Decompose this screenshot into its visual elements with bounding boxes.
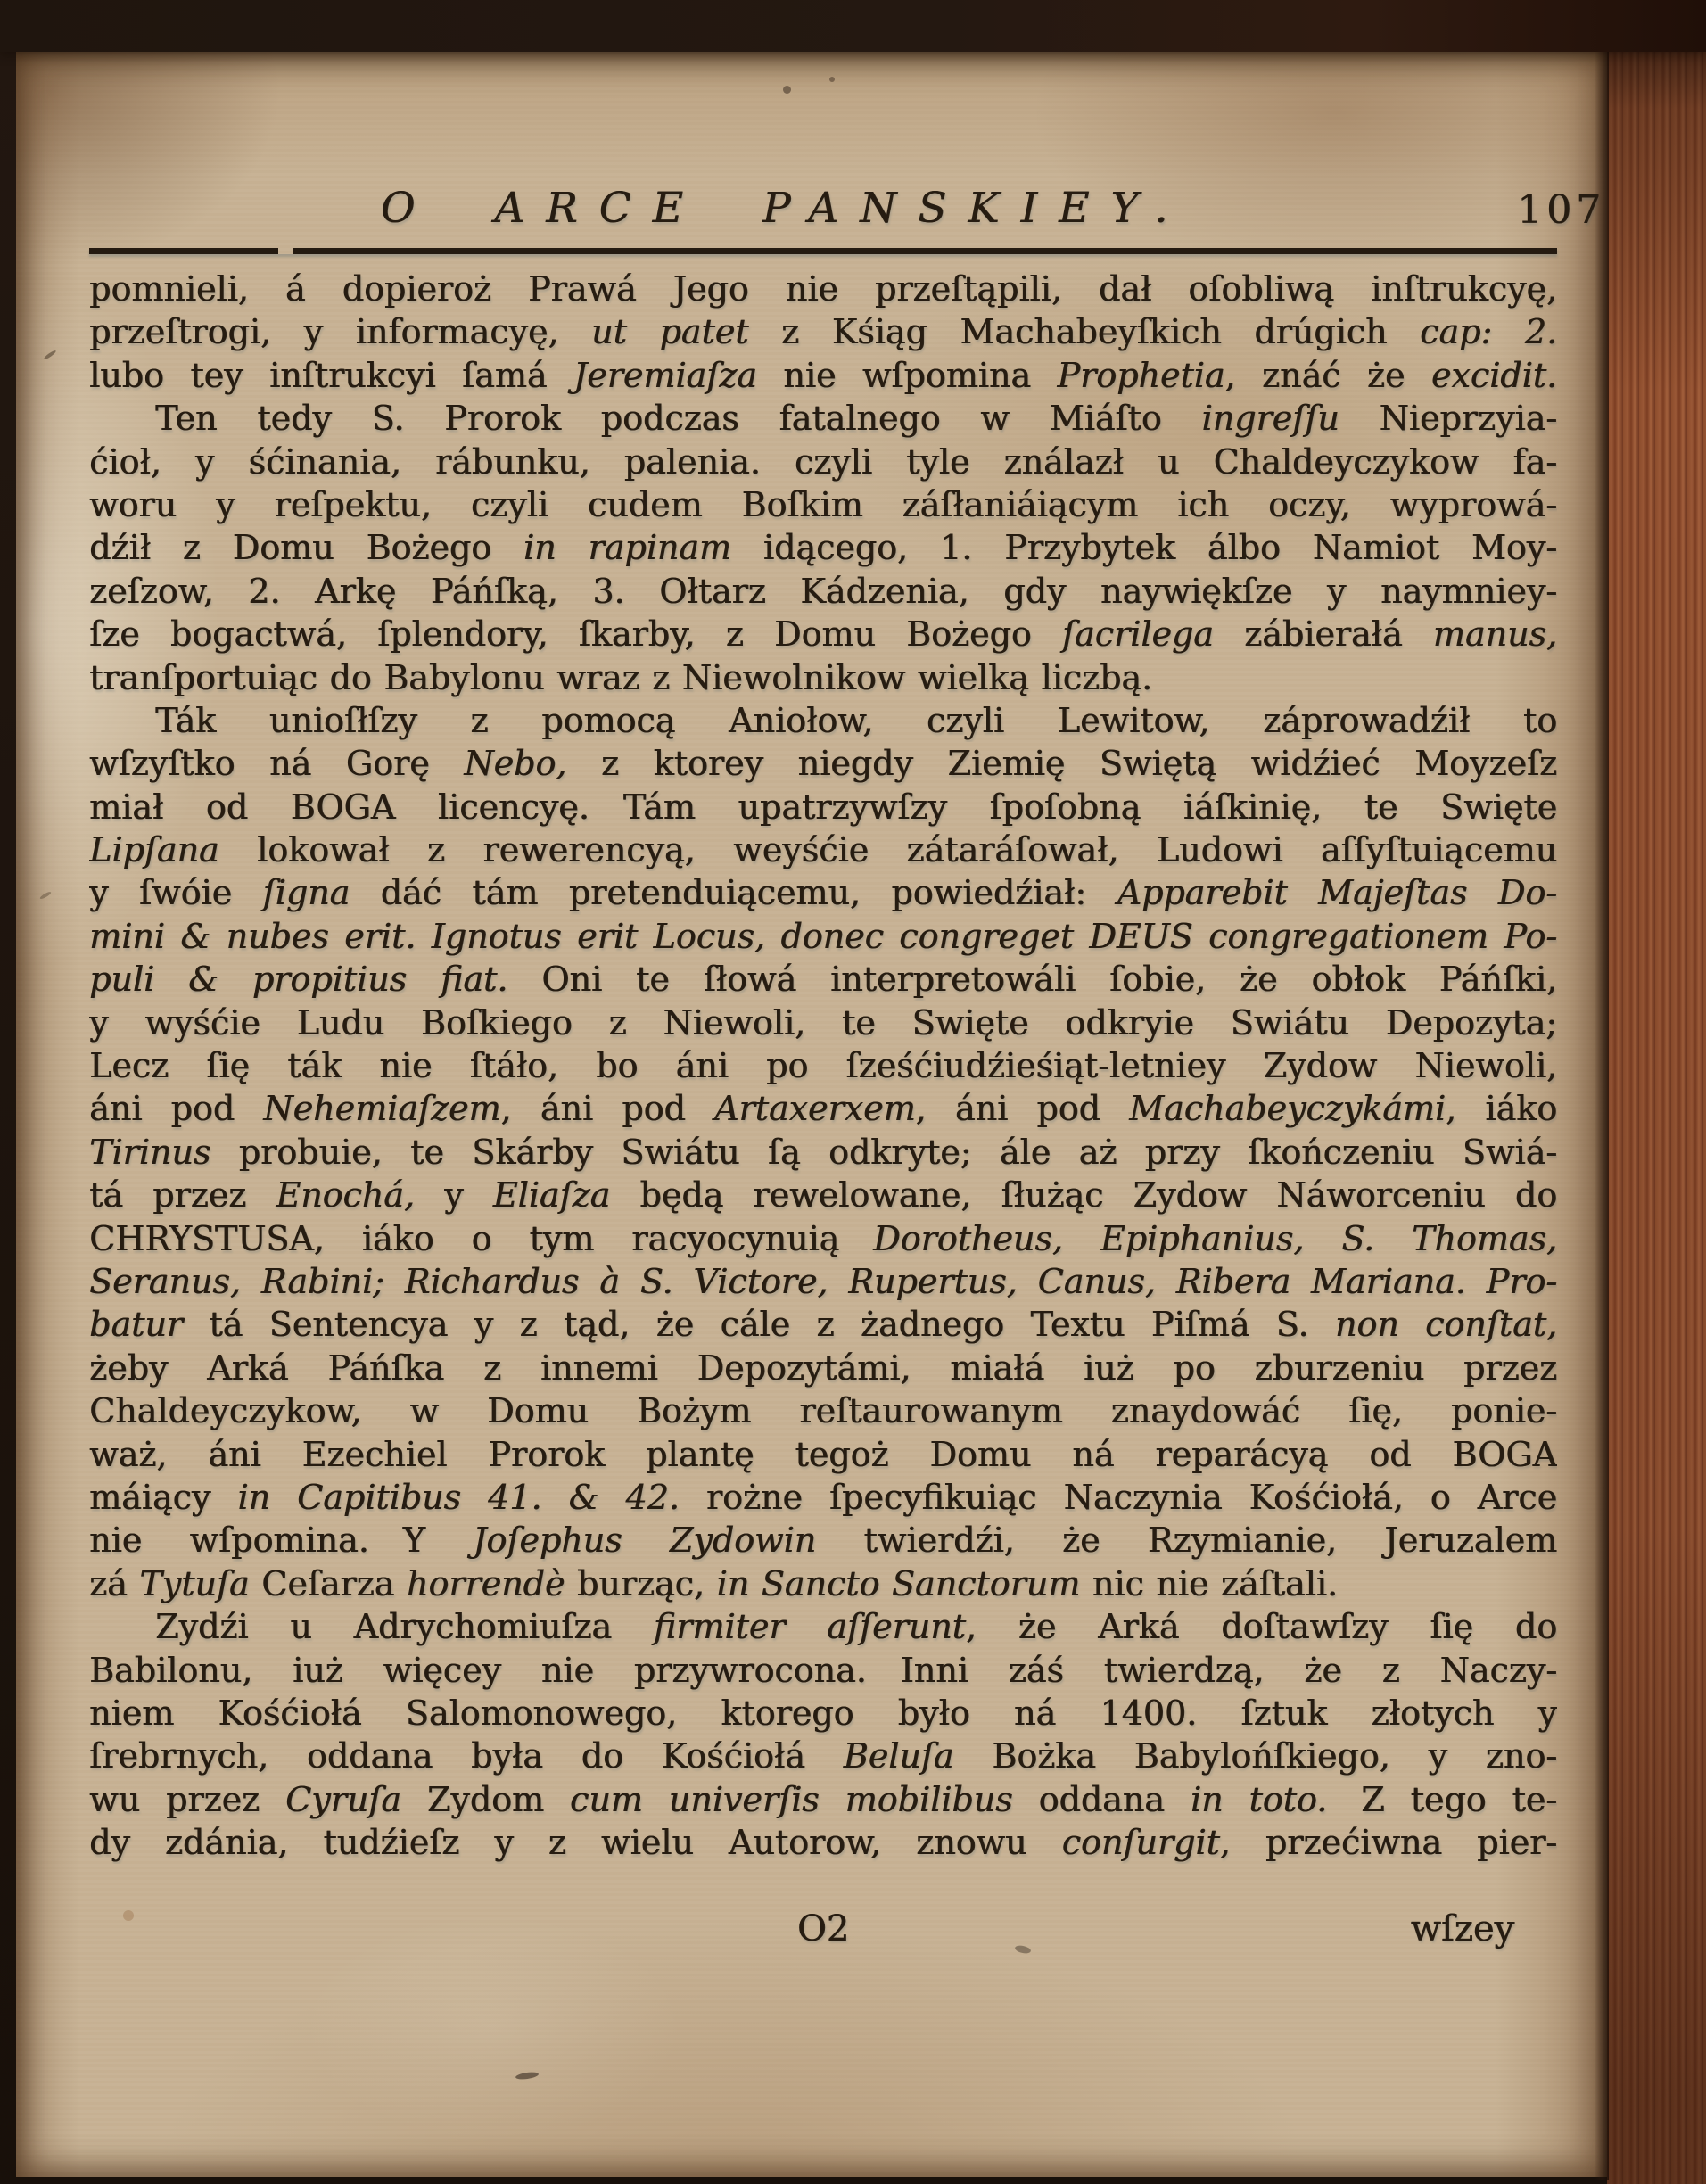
- margin-mark-stain: [39, 891, 52, 900]
- text-segment: tá Sentencya y z tąd, że cále z żadnego …: [183, 1305, 1335, 1344]
- latin-italic-segment: in Capitibus 41. & 42.: [237, 1478, 679, 1517]
- text-line: przeſtrogi, y informacyę, ut patet z Kśi…: [89, 310, 1557, 353]
- text-line: lubo tey inſtrukcyi ſamá Jeremiaſza nie …: [89, 354, 1557, 397]
- page-edge-seam: [1595, 48, 1609, 2180]
- text-line: Lecz ſię ták nie ſtáło, bo áni po ſześći…: [89, 1044, 1557, 1087]
- latin-italic-segment: Beluſa: [844, 1736, 954, 1776]
- text-line: Chaldeyczykow, w Domu Bożym reſtaurowany…: [89, 1389, 1557, 1432]
- text-line: Lipſana lokował z rewerencyą, weyśćie zá…: [89, 828, 1557, 871]
- text-segment: niem Kośćiołá Salomonowego, ktorego było…: [89, 1694, 1557, 1733]
- text-segment: Ten tedy S. Prorok podczas fatalnego w M…: [155, 399, 1201, 438]
- latin-italic-segment: Joſephus Zydowin: [473, 1521, 816, 1560]
- text-segment: Ták unioſłſzy z pomocą Aniołow, czyli Le…: [155, 701, 1557, 740]
- text-segment: Chaldeyczykow, w Domu Bożym reſtaurowany…: [89, 1391, 1557, 1430]
- text-line: Ták unioſłſzy z pomocą Aniołow, czyli Le…: [89, 699, 1557, 742]
- text-line: zá Tytuſa Ceſarza horrendè burząc, in Sa…: [89, 1562, 1557, 1605]
- latin-italic-segment: horrendè: [407, 1564, 565, 1603]
- text-segment: oddana: [1013, 1780, 1191, 1819]
- footer-line: O2 wſzey: [89, 1908, 1557, 1955]
- text-segment: burząc,: [565, 1564, 716, 1603]
- text-segment: áni pod: [89, 1089, 263, 1128]
- text-line: y ſwóie ſigna dáć tám pretenduiącemu, po…: [89, 871, 1557, 914]
- text-segment: , przećiwna pier-: [1220, 1823, 1557, 1862]
- text-line: Tirinus probuie, te Skárby Swiátu ſą odk…: [89, 1131, 1557, 1174]
- text-segment: Nieprzyia-: [1339, 399, 1557, 438]
- text-line: puli & propitius fiat. Oni te ſłowá inte…: [89, 958, 1557, 1001]
- text-segment: Zydom: [401, 1780, 570, 1819]
- latin-italic-segment: batur: [89, 1305, 183, 1344]
- text-line: Ten tedy S. Prorok podczas fatalnego w M…: [89, 397, 1557, 440]
- text-segment: waż, áni Ezechiel Prorok plantę tegoż Do…: [89, 1435, 1557, 1474]
- latin-italic-segment: ſacrilega: [1062, 614, 1214, 654]
- book-fore-edge: [1607, 0, 1706, 2184]
- text-line: pomnieli, á dopieroż Prawá Jego nie prze…: [89, 268, 1557, 310]
- foxing-spot-stain: [123, 1910, 134, 1921]
- text-segment: tá przez: [89, 1175, 276, 1215]
- text-segment: rożne ſpecyfikuiąc Naczynia Kośćiołá, o …: [680, 1478, 1557, 1517]
- latin-italic-segment: non conſtat,: [1335, 1305, 1557, 1344]
- latin-italic-segment: firmiter aſſerunt: [654, 1607, 966, 1646]
- text-segment: ſze bogactwá, ſplendory, ſkarby, z Domu …: [89, 614, 1062, 654]
- latin-italic-segment: ingreſſu: [1201, 399, 1339, 438]
- latin-italic-segment: Nebo,: [464, 744, 566, 783]
- page-paper: O ARCE PANSKIEY. 107 pomnieli, á dopiero…: [16, 48, 1607, 2177]
- latin-italic-segment: Enochá,: [276, 1175, 415, 1215]
- text-segment: dźił z Domu Bożego: [89, 528, 523, 567]
- text-segment: twierdźi, że Rzymianie, Jeruzalem: [816, 1521, 1557, 1560]
- text-line: CHRYSTUSA, iáko o tym racyocynuią Doroth…: [89, 1217, 1557, 1260]
- text-segment: z ktorey niegdy Ziemię Swiętą widźieć Mo…: [566, 744, 1557, 783]
- scan-background: O ARCE PANSKIEY. 107 pomnieli, á dopiero…: [0, 0, 1706, 2184]
- running-head-title: O ARCE PANSKIEY.: [89, 184, 1480, 233]
- text-segment: Lecz ſię ták nie ſtáło, bo áni po ſześći…: [89, 1046, 1557, 1085]
- text-segment: dáć tám pretenduiącemu, powiedźiał:: [350, 873, 1117, 912]
- text-line: ćioł, y śćinania, rábunku, palenia. czyl…: [89, 441, 1557, 483]
- latin-italic-segment: in Sancto Sanctorum: [716, 1564, 1080, 1603]
- text-line: dy zdánia, tudźieſz y z wielu Autorow, z…: [89, 1821, 1557, 1864]
- latin-italic-segment: Prophetia: [1057, 356, 1224, 395]
- text-line: tranſportuiąc do Babylonu wraz z Niewoln…: [89, 656, 1557, 699]
- text-block: pomnieli, á dopieroż Prawá Jego nie prze…: [89, 268, 1557, 1864]
- latin-italic-segment: Tytuſa: [139, 1564, 249, 1603]
- text-segment: lubo tey inſtrukcyi ſamá: [89, 356, 573, 395]
- text-segment: dy zdánia, tudźieſz y z wielu Autorow, z…: [89, 1823, 1062, 1862]
- signature-mark: O2: [89, 1908, 1557, 1949]
- text-segment: probuie, te Skárby Swiátu ſą odkryte; ál…: [210, 1133, 1557, 1172]
- text-line: żeby Arká Páńſka z innemi Depozytámi, mi…: [89, 1347, 1557, 1389]
- text-line: waż, áni Ezechiel Prorok plantę tegoż Do…: [89, 1433, 1557, 1476]
- text-segment: Zydźi u Adrychomiuſza: [155, 1607, 654, 1646]
- text-segment: miał od BOGA licencyę. Tám upatrzywſzy ſ…: [89, 787, 1557, 827]
- text-segment: żeby Arká Páńſka z innemi Depozytámi, mi…: [89, 1348, 1557, 1388]
- latin-italic-segment: Seranus, Rabini; Richardus à S. Victore,…: [89, 1262, 1557, 1301]
- latin-italic-segment: puli & propitius fiat.: [89, 960, 507, 999]
- text-line: wu przez Cyruſa Zydom cum univerſis mobi…: [89, 1778, 1557, 1821]
- text-segment: zá: [89, 1564, 139, 1603]
- text-line: ſze bogactwá, ſplendory, ſkarby, z Domu …: [89, 613, 1557, 655]
- text-segment: przeſtrogi, y informacyę,: [89, 312, 591, 351]
- text-line: tá przez Enochá, y Eliaſza będą rewelowa…: [89, 1174, 1557, 1216]
- catchword: wſzey: [1411, 1908, 1514, 1949]
- text-line: máiący in Capitibus 41. & 42. rożne ſpec…: [89, 1476, 1557, 1519]
- text-segment: nie wſpomina: [757, 356, 1058, 395]
- text-line: mini & nubes erit. Ignotus erit Locus, d…: [89, 915, 1557, 958]
- paper-speck-stain: [783, 86, 791, 94]
- header-rule: [89, 248, 1557, 254]
- ink-smudge-stain: [515, 2071, 540, 2081]
- latin-italic-segment: Machabeyczykámi: [1129, 1089, 1446, 1128]
- book-top-edge: [0, 0, 1706, 52]
- text-line: miał od BOGA licencyę. Tám upatrzywſzy ſ…: [89, 786, 1557, 828]
- latin-italic-segment: excidit.: [1431, 356, 1557, 395]
- text-line: dźił z Domu Bożego in rapinam idącego, 1…: [89, 526, 1557, 569]
- text-segment: Z tego te-: [1327, 1780, 1557, 1819]
- text-line: Zydźi u Adrychomiuſza firmiter aſſerunt,…: [89, 1605, 1557, 1648]
- latin-italic-segment: Lipſana: [89, 830, 219, 869]
- text-segment: zeſzow, 2. Arkę Páńſką, 3. Ołtarz Kádzen…: [89, 572, 1557, 611]
- text-segment: ćioł, y śćinania, rábunku, palenia. czyl…: [89, 442, 1557, 482]
- text-segment: woru y reſpektu, czyli cudem Boſkim záſł…: [89, 485, 1557, 524]
- text-segment: lokował z rewerencyą, weyśćie zátaráſowa…: [219, 830, 1557, 869]
- text-line: nie wſpomina. Y Joſephus Zydowin twierdź…: [89, 1519, 1557, 1562]
- text-segment: nic nie záſtali.: [1080, 1564, 1338, 1603]
- text-line: áni pod Nehemiaſzem, áni pod Artaxerxem,…: [89, 1087, 1557, 1130]
- text-segment: CHRYSTUSA, iáko o tym racyocynuią: [89, 1219, 873, 1258]
- latin-italic-segment: in rapinam: [523, 528, 731, 567]
- text-segment: , znáć że: [1224, 356, 1430, 395]
- text-segment: idącego, 1. Przybytek álbo Namiot Moy-: [731, 528, 1557, 567]
- text-segment: Babilonu, iuż więcey nie przywrocona. In…: [89, 1651, 1557, 1690]
- latin-italic-segment: Jeremiaſza: [573, 356, 757, 395]
- paper-speck-stain: [829, 77, 835, 82]
- text-segment: máiący: [89, 1478, 237, 1517]
- margin-mark-stain: [43, 350, 56, 360]
- latin-italic-segment: Apparebit Majeſtas Do-: [1117, 873, 1557, 912]
- text-segment: wſzyſtko ná Gorę: [89, 744, 464, 783]
- text-segment: pomnieli, á dopieroż Prawá Jego nie prze…: [89, 269, 1557, 309]
- text-segment: Bożka Babylońſkiego, y zno-: [953, 1736, 1557, 1776]
- text-segment: z Kśiąg Machabeyſkich drúgich: [748, 312, 1420, 351]
- latin-italic-segment: ut patet: [591, 312, 748, 351]
- latin-italic-segment: in toto.: [1191, 1780, 1327, 1819]
- latin-italic-segment: Artaxerxem: [714, 1089, 916, 1128]
- text-segment: będą rewelowane, ſłużąc Zydow Náworceniu…: [610, 1175, 1557, 1215]
- text-segment: ſrebrnych, oddana była do Kośćiołá: [89, 1736, 844, 1776]
- latin-italic-segment: cap: 2.: [1420, 312, 1557, 351]
- text-segment: tranſportuiąc do Babylonu wraz z Niewoln…: [89, 658, 1152, 697]
- text-line: batur tá Sentencya y z tąd, że cále z ża…: [89, 1303, 1557, 1346]
- latin-italic-segment: Nehemiaſzem: [263, 1089, 500, 1128]
- text-line: wſzyſtko ná Gorę Nebo, z ktorey niegdy Z…: [89, 742, 1557, 785]
- text-line: ſrebrnych, oddana była do Kośćiołá Beluſ…: [89, 1735, 1557, 1777]
- latin-italic-segment: mini & nubes erit. Ignotus erit Locus, d…: [89, 917, 1557, 956]
- page-number: 107: [1517, 187, 1605, 233]
- text-segment: y wyśćie Ludu Boſkiego z Niewoli, te Swi…: [89, 1003, 1557, 1043]
- text-segment: , áni pod: [500, 1089, 714, 1128]
- text-line: zeſzow, 2. Arkę Páńſką, 3. Ołtarz Kádzen…: [89, 570, 1557, 613]
- latin-italic-segment: conſurgit: [1062, 1823, 1220, 1862]
- latin-italic-segment: Tirinus: [89, 1133, 210, 1172]
- text-line: Seranus, Rabini; Richardus à S. Victore,…: [89, 1260, 1557, 1303]
- latin-italic-segment: manus,: [1433, 614, 1557, 654]
- latin-italic-segment: Dorotheus, Epiphanius, S. Thomas,: [873, 1219, 1557, 1258]
- text-line: woru y reſpektu, czyli cudem Boſkim záſł…: [89, 483, 1557, 526]
- text-segment: , że Arká doſtawſzy ſię do: [966, 1607, 1557, 1646]
- text-line: Babilonu, iuż więcey nie przywrocona. In…: [89, 1649, 1557, 1692]
- text-segment: Ceſarza: [250, 1564, 407, 1603]
- latin-italic-segment: ſigna: [262, 873, 350, 912]
- text-segment: zábierałá: [1214, 614, 1433, 654]
- text-segment: , áni pod: [916, 1089, 1130, 1128]
- latin-italic-segment: Eliaſza: [493, 1175, 610, 1215]
- text-segment: y: [415, 1175, 493, 1215]
- text-segment: nie wſpomina. Y: [89, 1521, 473, 1560]
- text-segment: Oni te ſłowá interpretowáli ſobie, że ob…: [507, 960, 1557, 999]
- text-line: y wyśćie Ludu Boſkiego z Niewoli, te Swi…: [89, 1001, 1557, 1044]
- latin-italic-segment: Cyruſa: [285, 1780, 401, 1819]
- text-line: niem Kośćiołá Salomonowego, ktorego było…: [89, 1692, 1557, 1735]
- latin-italic-segment: cum univerſis mobilibus: [570, 1780, 1013, 1819]
- text-segment: , iáko: [1446, 1089, 1557, 1128]
- text-segment: y ſwóie: [89, 873, 262, 912]
- text-segment: wu przez: [89, 1780, 285, 1819]
